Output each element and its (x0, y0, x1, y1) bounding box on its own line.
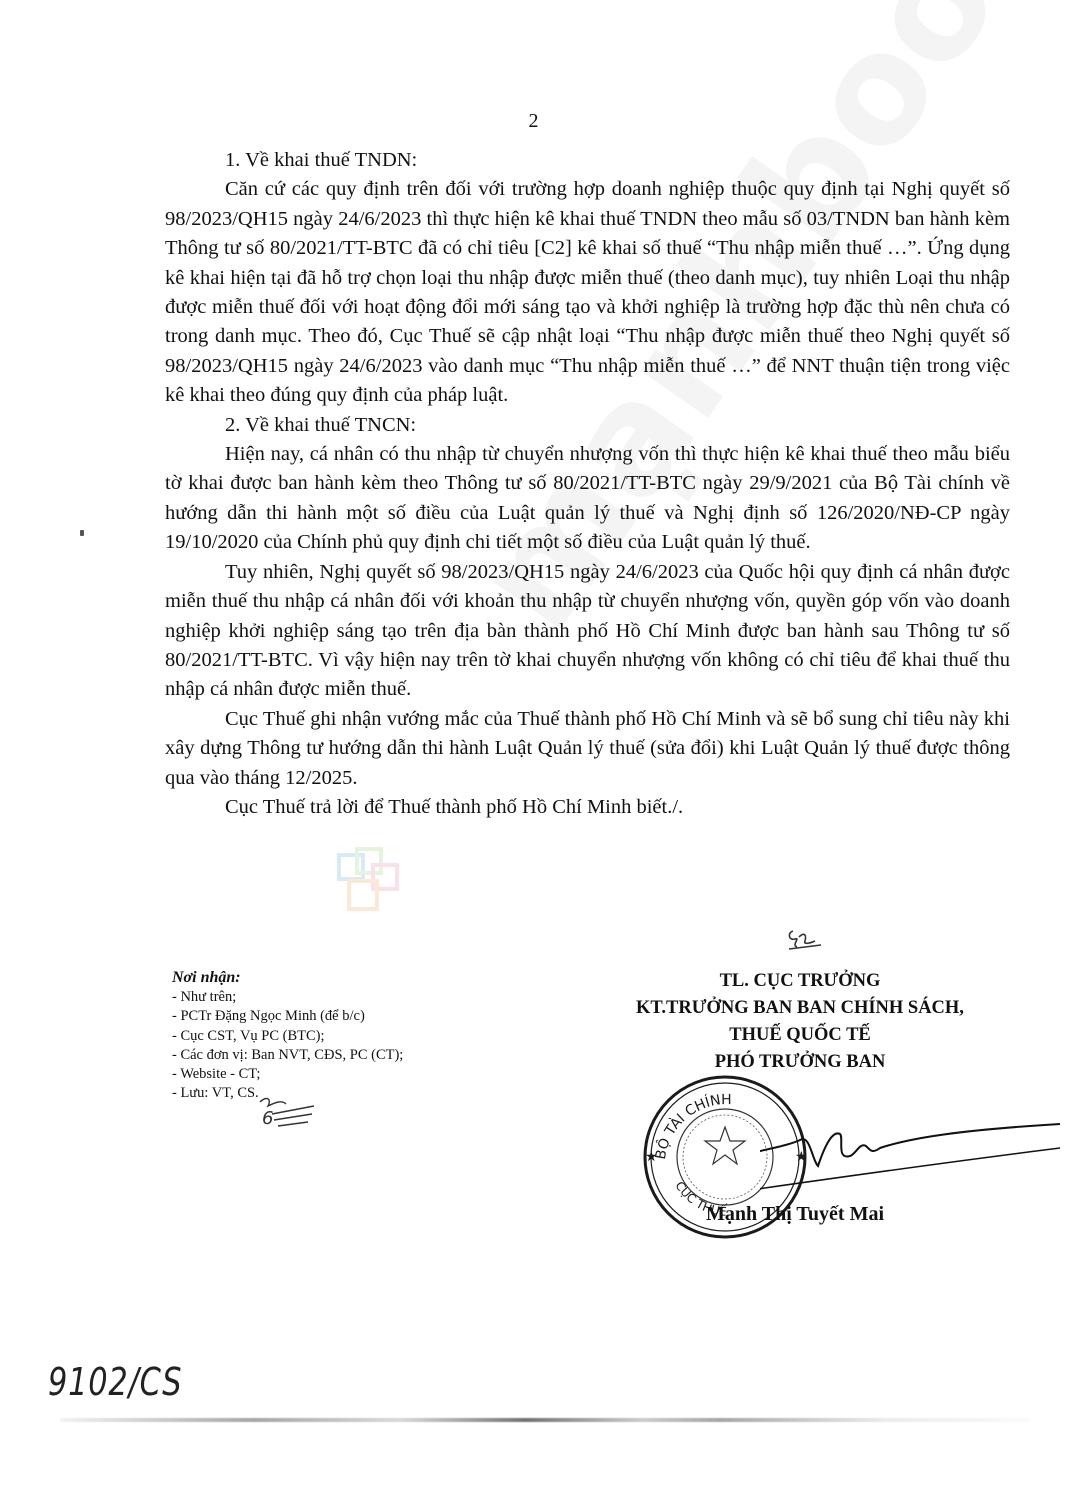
handwritten-initials-icon (250, 1092, 320, 1132)
handwritten-signature-icon (760, 1120, 1060, 1200)
paragraph: Căn cứ các quy định trên đối với trường … (165, 175, 1010, 410)
recipients-list: Nơi nhận: - Như trên; - PCTr Đặng Ngọc M… (172, 968, 512, 1104)
paragraph: Hiện nay, cá nhân có thu nhập từ chuyển … (165, 440, 1010, 558)
recipient-item: - PCTr Đặng Ngọc Minh (để b/c) (172, 1007, 512, 1026)
handwritten-initials-icon (785, 925, 825, 953)
signer-name: Mạnh Thị Tuyết Mai (600, 1203, 990, 1226)
closing-paragraph: Cục Thuế trả lời để Thuế thành phố Hồ Ch… (165, 793, 1010, 822)
section-heading-tncn: 2. Về khai thuế TNCN: (165, 411, 1010, 440)
signature-line: KT.TRƯỞNG BAN BAN CHÍNH SÁCH, (580, 995, 1020, 1022)
signature-line: TL. CỤC TRƯỞNG (580, 968, 1020, 995)
document-body: 1. Về khai thuế TNDN: Căn cứ các quy địn… (165, 146, 1010, 822)
recipient-item: - Các đơn vị: Ban NVT, CĐS, PC (CT); (172, 1046, 512, 1065)
scan-speck (80, 530, 84, 536)
signature-line: THUẾ QUỐC TẾ (580, 1022, 1020, 1049)
recipient-item: - Cục CST, Vụ PC (BTC); (172, 1027, 512, 1046)
scan-artifact-line (60, 1418, 1030, 1422)
page-number: 2 (0, 110, 1067, 133)
handwritten-reference-note: 9102/CS (48, 1360, 182, 1404)
paragraph: Cục Thuế ghi nhận vướng mắc của Thuế thà… (165, 705, 1010, 793)
signature-block: TL. CỤC TRƯỞNG KT.TRƯỞNG BAN BAN CHÍNH S… (580, 968, 1020, 1076)
paragraph: Tuy nhiên, Nghị quyết số 98/2023/QH15 ng… (165, 558, 1010, 705)
recipient-item: - Như trên; (172, 988, 512, 1007)
section-heading-tndn: 1. Về khai thuế TNDN: (165, 146, 1010, 175)
watermark-logo-icon (335, 845, 405, 915)
recipient-item: - Lưu: VT, CS. (172, 1084, 512, 1103)
svg-text:★: ★ (645, 1149, 658, 1165)
recipient-item: - Website - CT; (172, 1065, 512, 1084)
recipients-label: Nơi nhận: (172, 968, 512, 988)
